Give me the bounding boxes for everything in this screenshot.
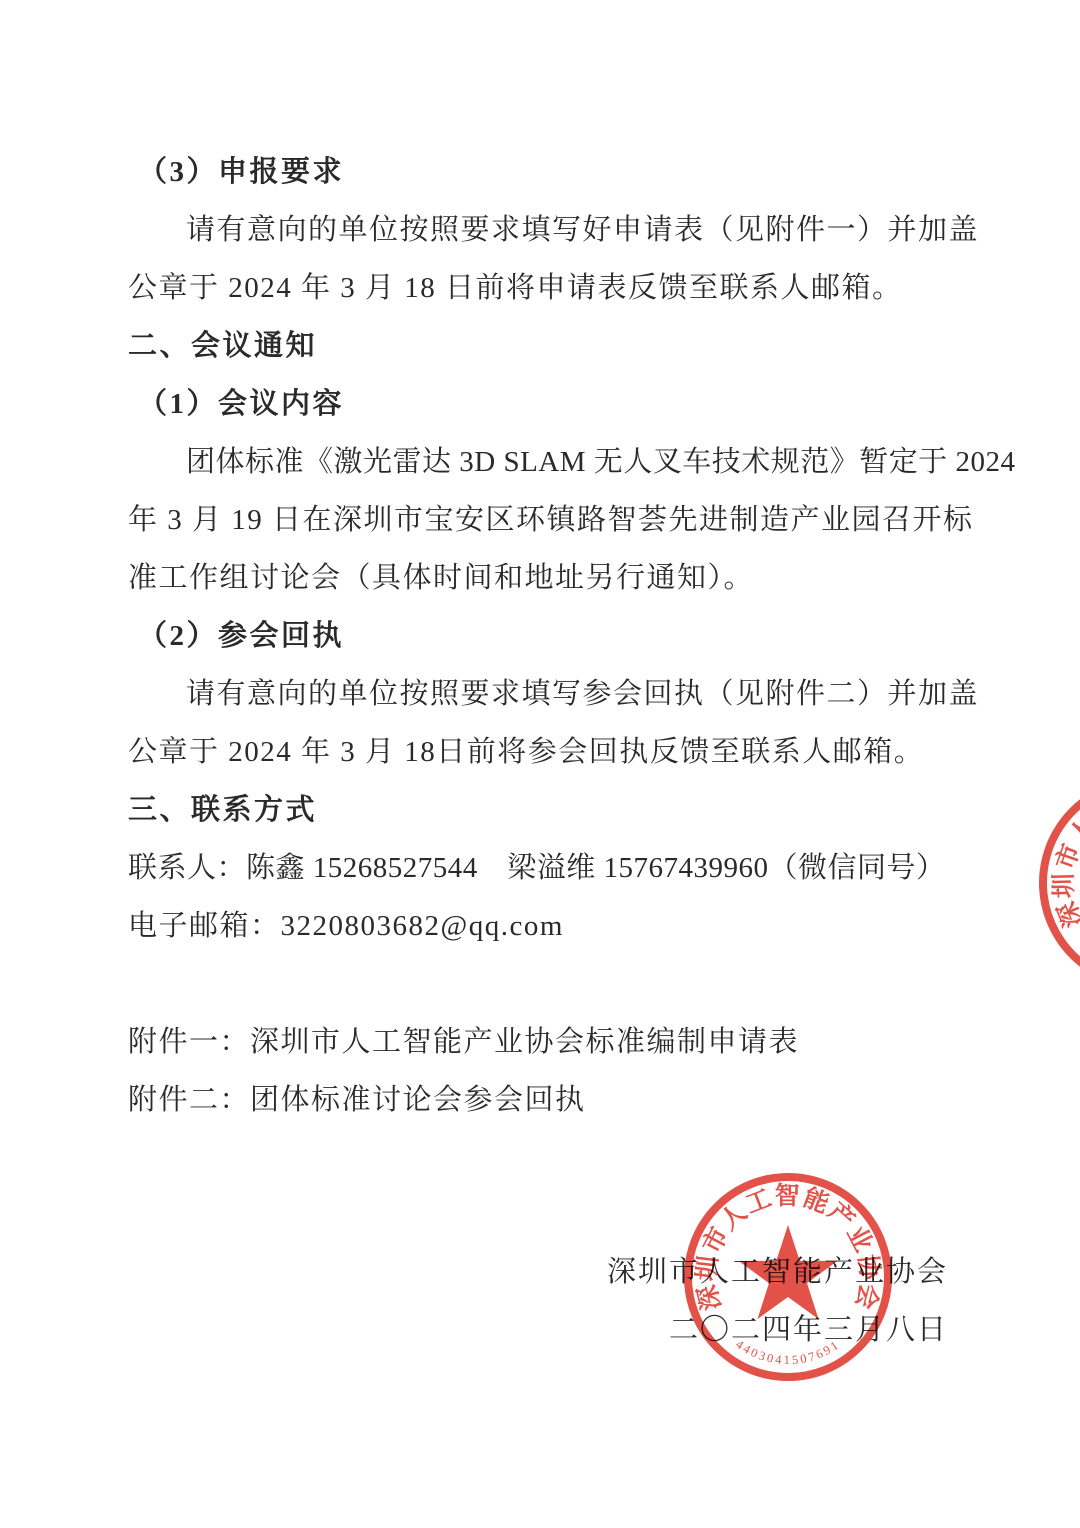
signature-date: 二〇二四年三月八日	[607, 1301, 948, 1359]
paragraph-line: 年 3 月 19 日在深圳市宝安区环镇路智荟先进制造产业园召开标	[128, 491, 960, 549]
paragraph-line: 请有意向的单位按照要求填写参会回执（见附件二）并加盖	[128, 665, 960, 723]
partial-seal: 深圳市人工智能产业协会 4403041507691	[1015, 753, 1080, 1013]
paragraph-line: 请有意向的单位按照要求填写好申请表（见附件一）并加盖	[128, 201, 960, 259]
document-page: （3）申报要求 请有意向的单位按照要求填写好申请表（见附件一）并加盖 公章于 2…	[0, 0, 1080, 1528]
paragraph-line: 团体标准《激光雷达 3D SLAM 无人叉车技术规范》暂定于 2024	[128, 433, 960, 491]
partial-seal-ring	[1030, 768, 1080, 998]
partial-seal-ring-text: 深圳市人工智能产业协会	[1037, 776, 1080, 933]
section-heading-2-meeting-notice: 二、会议通知	[128, 317, 960, 375]
signature-block: 深圳市人工智能产业协会 二〇二四年三月八日	[607, 1243, 948, 1359]
section-heading-2-reply-slip: （2）参会回执	[128, 607, 960, 665]
attachment-item-2: 附件二：团体标准讨论会参会回执	[128, 1071, 960, 1129]
section-heading-3-declare-requirements: （3）申报要求	[128, 143, 960, 201]
contact-persons-line: 联系人：陈鑫 15268527544 梁溢维 15767439960（微信同号）	[128, 839, 960, 897]
signature-org-name: 深圳市人工智能产业协会	[607, 1243, 948, 1301]
svg-text:深圳市人工智能产业协会: 深圳市人工智能产业协会	[1037, 776, 1080, 933]
attachment-item-1: 附件一：深圳市人工智能产业协会标准编制申请表	[128, 1013, 960, 1071]
section-heading-1-meeting-content: （1）会议内容	[128, 375, 960, 433]
paragraph-line: 准工作组讨论会（具体时间和地址另行通知）。	[128, 549, 960, 607]
paragraph-line: 公章于 2024 年 3 月 18日前将参会回执反馈至联系人邮箱。	[128, 723, 960, 781]
contact-email-line: 电子邮箱：3220803682@qq.com	[128, 897, 960, 955]
document-body: （3）申报要求 请有意向的单位按照要求填写好申请表（见附件一）并加盖 公章于 2…	[128, 143, 960, 955]
attachments-list: 附件一：深圳市人工智能产业协会标准编制申请表 附件二：团体标准讨论会参会回执	[128, 1013, 960, 1129]
paragraph-line: 公章于 2024 年 3 月 18 日前将申请表反馈至联系人邮箱。	[128, 259, 960, 317]
section-heading-3-contact: 三、联系方式	[128, 781, 960, 839]
